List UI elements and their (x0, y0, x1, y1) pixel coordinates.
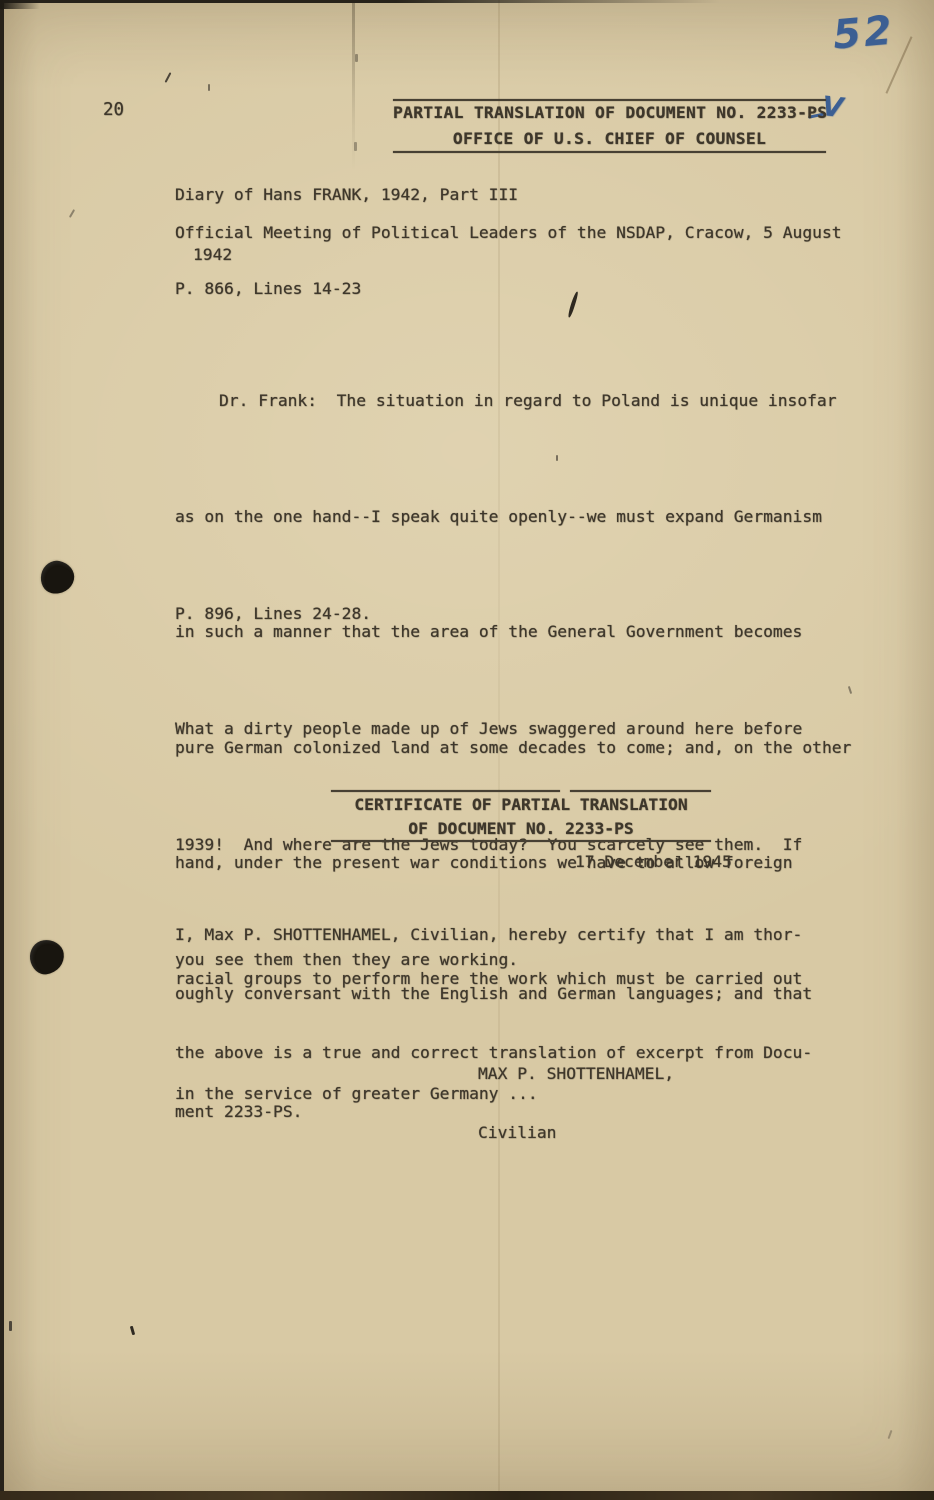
certificate-date: 17 December 1945 (575, 852, 732, 872)
ink-speck (130, 1326, 135, 1335)
certificate-underline (331, 840, 711, 842)
scan-edge-bottom (0, 1491, 934, 1500)
punch-hole-bottom (28, 938, 66, 976)
ink-speck (9, 1321, 12, 1331)
header-overline (393, 99, 826, 101)
signature-name: MAX P. SHOTTENHAMEL, (478, 1064, 674, 1084)
scanned-document-page: 52 V 20 PARTIAL TRANSLATION OF DOCUMENT … (0, 0, 934, 1500)
scan-edge-left (0, 0, 4, 1500)
excerpt-line: Dr. Frank: The situation in regard to Po… (175, 382, 851, 421)
meeting-line1: Official Meeting of Political Leaders of… (175, 223, 842, 243)
ink-speck (556, 455, 558, 461)
page-reference-2: P. 896, Lines 24-28. (175, 604, 371, 624)
page-number: 20 (103, 100, 124, 121)
ink-speck (208, 84, 210, 91)
header-title-line2: OFFICE OF U.S. CHIEF OF COUNSEL (393, 129, 826, 149)
scan-edge-corner (0, 0, 40, 9)
ink-speck (355, 54, 358, 62)
page-reference-1: P. 866, Lines 14-23 (175, 279, 361, 299)
scan-edge-top (0, 0, 720, 3)
ink-speck (69, 209, 75, 218)
meeting-line2: 1942 (175, 245, 232, 265)
certificate-title-line2: OF DOCUMENT NO. 2233-PS (331, 819, 711, 839)
certificate-line: oughly conversant with the English and G… (175, 984, 812, 1004)
header-title-line1: PARTIAL TRANSLATION OF DOCUMENT NO. 2233… (393, 103, 826, 123)
excerpt-line: as on the one hand--I speak quite openly… (175, 498, 851, 537)
ink-speck (354, 142, 357, 151)
signature-block: MAX P. SHOTTENHAMEL, Civilian (478, 1025, 674, 1182)
certificate-line: I, Max P. SHOTTENHAMEL, Civilian, hereby… (175, 925, 812, 945)
excerpt-line: What a dirty people made up of Jews swag… (175, 710, 802, 749)
handwritten-page-number: 52 (831, 7, 896, 58)
signature-title: Civilian (478, 1123, 674, 1143)
ink-speck (165, 72, 172, 83)
ink-speck (888, 1430, 893, 1439)
certificate-overline-left (331, 790, 560, 792)
certificate-overline-right (570, 790, 711, 792)
punch-hole-top (38, 558, 77, 597)
header-underline (393, 151, 826, 153)
document-title: Diary of Hans FRANK, 1942, Part III (175, 185, 518, 205)
certificate-title-line1: CERTIFICATE OF PARTIAL TRANSLATION (331, 795, 711, 815)
